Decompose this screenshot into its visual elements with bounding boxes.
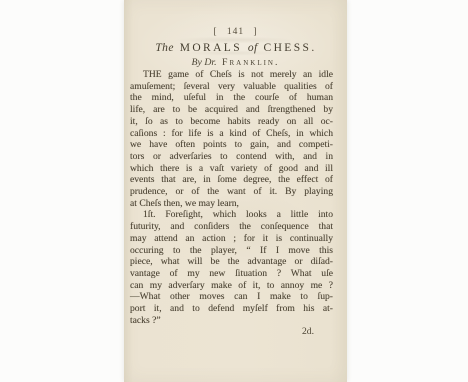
text-line: caſions : for life is a kind of Cheſs, i… <box>130 128 333 140</box>
text-line: futurity, and conſiders the conſequence … <box>130 221 333 233</box>
catchword: 2d. <box>302 326 314 337</box>
text-line: THE game of Cheſs is not merely an idle <box>130 69 333 81</box>
text-line: it, ſo as to become habits ready on all … <box>130 116 333 128</box>
title-of: of <box>248 42 258 54</box>
page-number: [ 141 ] <box>124 27 347 37</box>
text-line: prudence, or of the want of it. By playi… <box>130 186 333 198</box>
text-line: may attend an action ; for it is continu… <box>130 233 333 245</box>
text-line: occuring to the player, “ If I move this <box>130 245 333 257</box>
chapter-title: The MORALS of CHESS. <box>124 42 347 54</box>
title-chess: CHESS. <box>264 42 317 54</box>
text-line: the mind, uſeful in the courſe of human <box>130 92 333 104</box>
text-line: life, are to be acquired and ſtrengthene… <box>130 104 333 116</box>
text-line: at Cheſs then, we may learn, <box>130 198 333 210</box>
text-line: amuſement; ſeveral very valuable qualiti… <box>130 81 333 93</box>
text-line: tacks ?” <box>130 315 333 327</box>
text-line: we have often points to gain, and compet… <box>130 139 333 151</box>
body-text: THE game of Cheſs is not merely an idlea… <box>130 69 333 326</box>
text-line: which there is a vaſt variety of good an… <box>130 163 333 175</box>
photo-background: [ 141 ] The MORALS of CHESS. By Dr. Fran… <box>0 0 468 382</box>
text-line: port it, and to defend myſelf from his a… <box>130 303 333 315</box>
byline-author: Franklin. <box>222 57 279 68</box>
text-line: tors or adverſaries to contend with, and… <box>130 151 333 163</box>
text-line: can my adverſary make of it, to annoy me… <box>130 280 333 292</box>
byline-prefix: By Dr. <box>192 57 217 68</box>
text-line: events that are, in ſome degree, the eff… <box>130 174 333 186</box>
title-morals: MORALS <box>180 42 242 54</box>
text-line: 1ſt. Foreſight, which looks a little int… <box>130 209 333 221</box>
book-page: [ 141 ] The MORALS of CHESS. By Dr. Fran… <box>124 0 347 382</box>
title-the: The <box>155 42 173 54</box>
text-line: —What other moves can I make to ſup- <box>130 291 333 303</box>
byline: By Dr. Franklin. <box>124 57 347 68</box>
text-line: vantage of my new ſituation ? What uſe <box>130 268 333 280</box>
text-line: piece, what will be the advantage or diſ… <box>130 256 333 268</box>
